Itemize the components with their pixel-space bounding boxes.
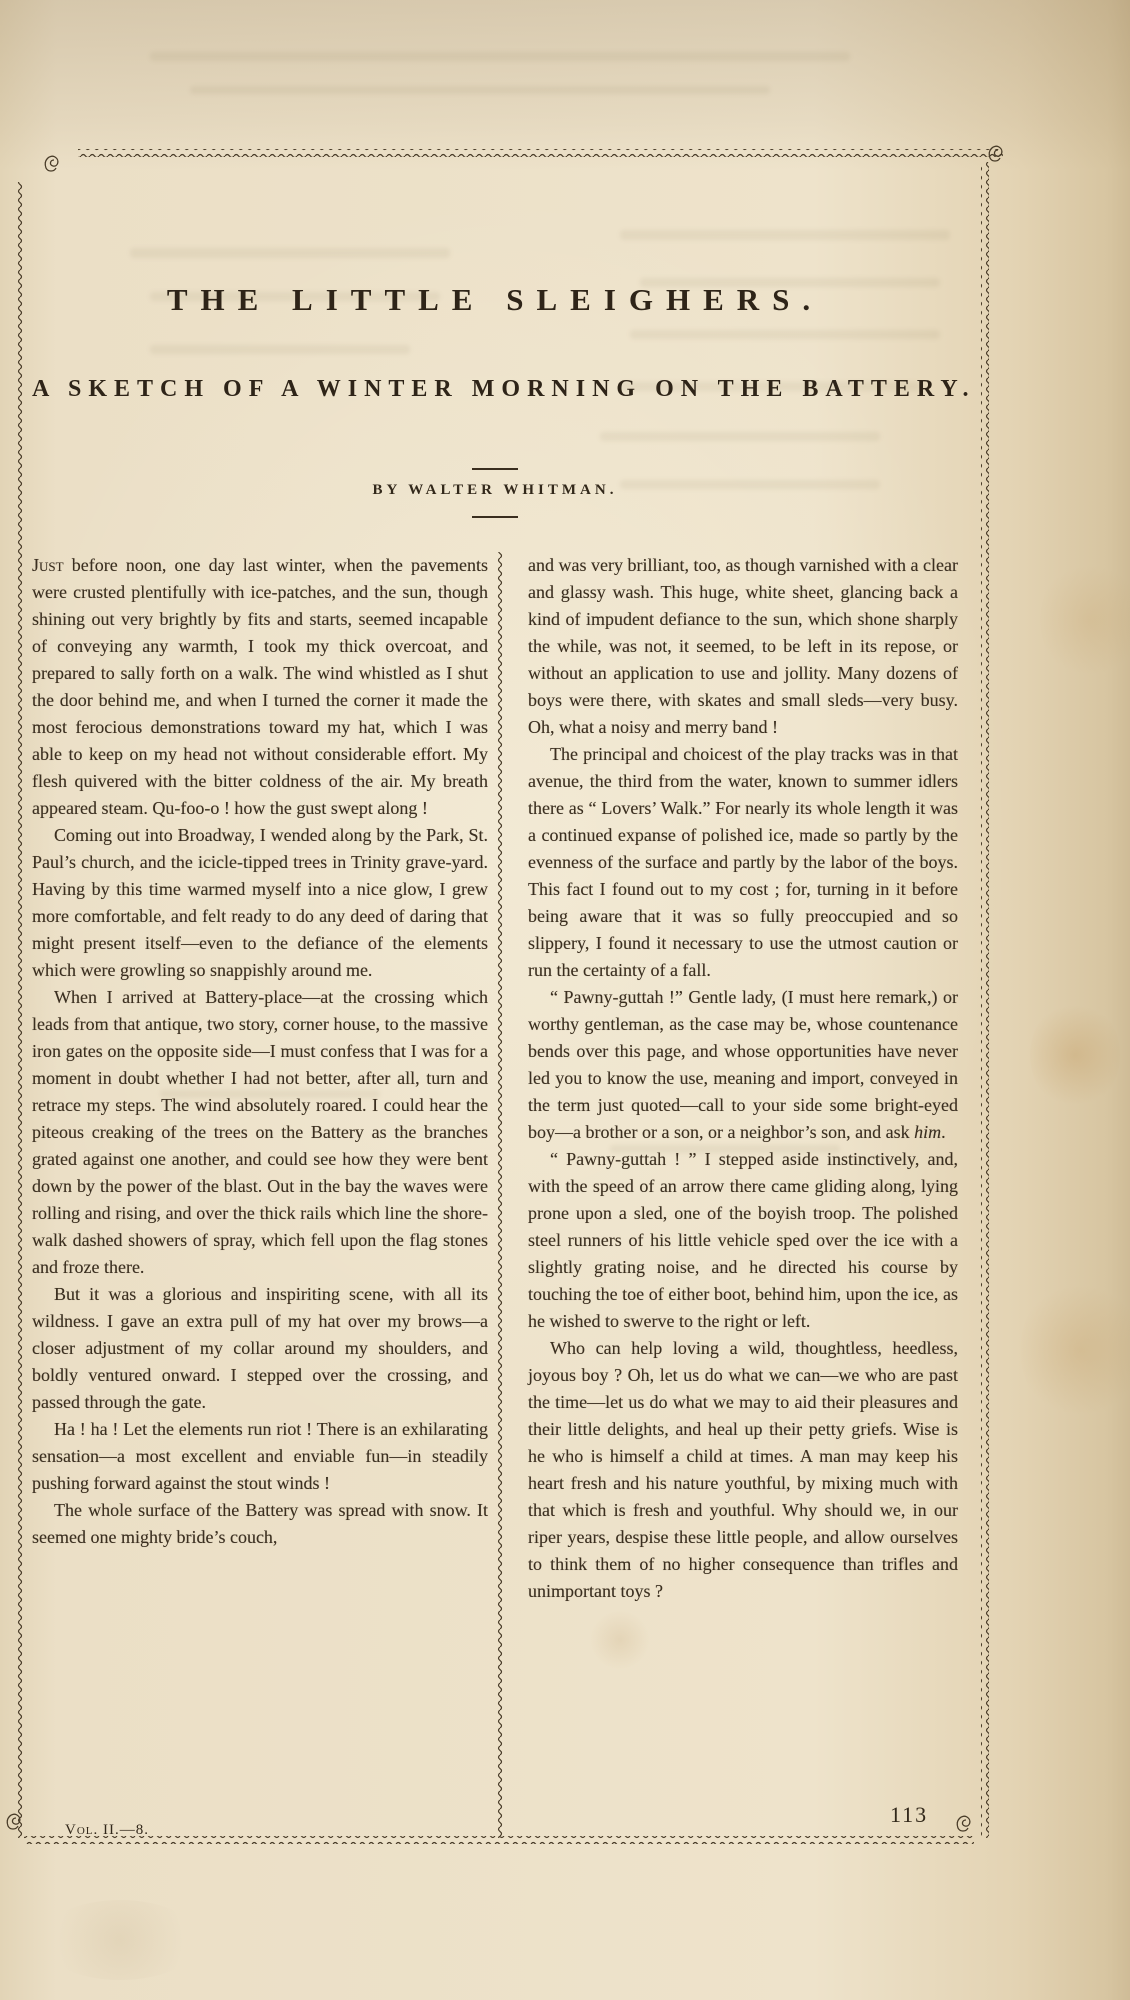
text-run: Ha ! ha ! Let the elements run riot ! Th… (32, 1419, 488, 1493)
frame-left-rule (16, 182, 24, 1838)
text-run: Just (32, 555, 64, 575)
text-run: The whole surface of the Battery was spr… (32, 1500, 488, 1547)
article-byline: BY WALTER WHITMAN. (32, 482, 958, 499)
left-column: Just before noon, one day last winter, w… (32, 552, 488, 1551)
paragraph: “ Pawny-guttah !” Gentle lady, (I must h… (528, 984, 958, 1146)
text-run: The principal and choicest of the play t… (528, 744, 958, 980)
paragraph: When I arrived at Battery-place—at the c… (32, 984, 488, 1281)
magazine-page-scan: THE LITTLE SLEIGHERS. A SKETCH OF A WINT… (0, 0, 1130, 2000)
page-number: 113 (890, 1802, 928, 1828)
page-content: THE LITTLE SLEIGHERS. A SKETCH OF A WINT… (32, 150, 958, 2000)
paragraph: Coming out into Broadway, I wended along… (32, 822, 488, 984)
frame-right-rule (981, 162, 989, 1838)
paragraph: “ Pawny-guttah ! ” I stepped aside insti… (528, 1146, 958, 1335)
right-column: and was very brilliant, too, as though v… (528, 552, 958, 1605)
text-run: “ Pawny-guttah ! ” I stepped aside insti… (528, 1149, 958, 1331)
byline-rule-top (472, 468, 518, 470)
text-run: before noon, one day last winter, when t… (32, 555, 488, 818)
text-run: But it was a glorious and inspiriting sc… (32, 1284, 488, 1412)
corner-flourish-bottom-right (957, 1816, 970, 1831)
text-run: Who can help loving a wild, thoughtless,… (528, 1338, 958, 1601)
paragraph: Who can help loving a wild, thoughtless,… (528, 1335, 958, 1605)
article-title: THE LITTLE SLEIGHERS. (32, 282, 958, 318)
paragraph: The whole surface of the Battery was spr… (32, 1497, 488, 1551)
paragraph: The principal and choicest of the play t… (528, 741, 958, 984)
byline-rule-bottom (472, 516, 518, 518)
paragraph: and was very brilliant, too, as though v… (528, 552, 958, 741)
text-run: Coming out into Broadway, I wended along… (32, 825, 488, 980)
paragraph: Just before noon, one day last winter, w… (32, 552, 488, 822)
text-run: When I arrived at Battery-place—at the c… (32, 987, 488, 1277)
paragraph: Ha ! ha ! Let the elements run riot ! Th… (32, 1416, 488, 1497)
article-subtitle: A SKETCH OF A WINTER MORNING ON THE BATT… (32, 376, 958, 403)
signature-mark: Vol. II.—8. (65, 1822, 149, 1839)
paragraph: But it was a glorious and inspiriting sc… (32, 1281, 488, 1416)
text-run: . (941, 1122, 946, 1142)
text-run: “ Pawny-guttah !” Gentle lady, (I must h… (528, 987, 958, 1142)
text-run: him (914, 1122, 941, 1142)
text-run: and was very brilliant, too, as though v… (528, 555, 958, 737)
